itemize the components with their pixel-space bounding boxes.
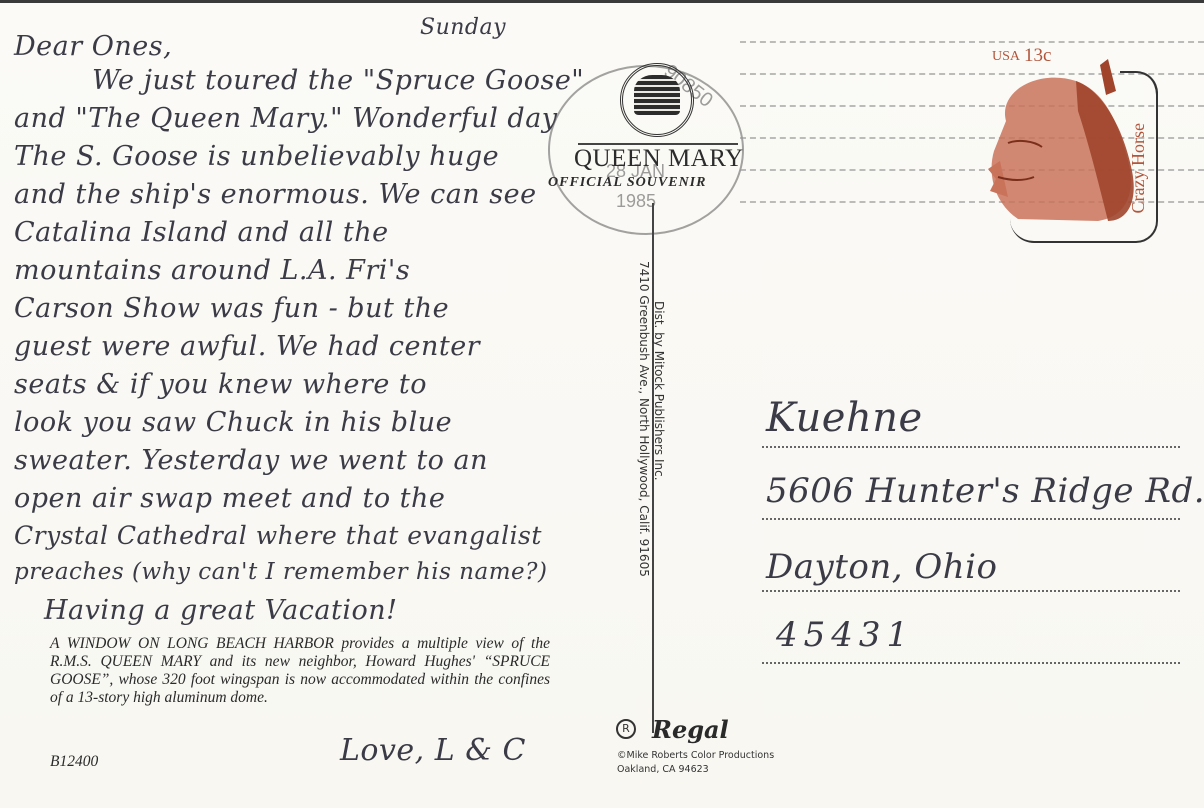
message-day: Sunday (420, 15, 506, 40)
message-line: open air swap meet and to the (14, 483, 445, 514)
stamp-country: USA (992, 49, 1020, 65)
message-signoff: Love, L & C (340, 733, 526, 768)
publisher-location: Oakland, CA 94623 (617, 763, 774, 777)
logo-subtitle: OFFICIAL SOUVENIR (548, 175, 706, 191)
message-line: seats & if you knew where to (14, 369, 427, 400)
caption-text: A WINDOW ON LONG BEACH HARBOR provides a… (50, 635, 550, 707)
address-line-rule (762, 446, 1180, 448)
message-line: look you saw Chuck in his blue (14, 407, 452, 438)
address-line-rule (762, 662, 1180, 664)
message-line: Crystal Cathedral where that evangalist (14, 521, 542, 550)
address-zip: 45431 (776, 615, 914, 655)
address-name: Kuehne (766, 395, 923, 441)
stamp-value: 13c (1024, 45, 1051, 67)
message-line: guest were awful. We had center (14, 331, 480, 362)
publisher-copyright: ©Mike Roberts Color Productions (617, 749, 774, 763)
message-line: sweater. Yesterday we went to an (14, 445, 488, 476)
logo-title: QUEEN MARY (574, 145, 744, 173)
message-line: We just toured the "Spruce Goose" (92, 65, 584, 96)
message-line: and the ship's enormous. We can see (14, 179, 537, 210)
globe-r-icon: R (616, 719, 636, 739)
address-street: 5606 Hunter's Ridge Rd. (766, 471, 1204, 511)
distributor-info: Dist. by Mitock Publishers Inc. 7410 Gre… (636, 261, 666, 577)
publisher-credit: ©Mike Roberts Color Productions Oakland,… (617, 749, 774, 777)
product-code: B12400 (50, 753, 98, 771)
address-line-rule (762, 518, 1180, 520)
message-line: mountains around L.A. Fri's (14, 255, 410, 286)
postcard-back: Sunday Dear Ones, We just toured the "Sp… (0, 0, 1204, 808)
message-line: Carson Show was fun - but the (14, 293, 449, 324)
message-greeting: Dear Ones, (14, 31, 172, 62)
message-line: preaches (why can't I remember his name?… (14, 559, 547, 585)
address-city-state: Dayton, Ohio (766, 547, 998, 587)
message-closing-line: Having a great Vacation! (44, 595, 397, 626)
address-line-rule (762, 590, 1180, 592)
stamp-subject: Crazy Horse (1128, 123, 1149, 213)
postmark-year: 1985 (616, 191, 656, 212)
publisher-brand: Regal (652, 715, 729, 744)
distributor-line-2: 7410 Greenbush Ave., North Hollywood, Ca… (636, 261, 651, 577)
distributor-line-1: Dist. by Mitock Publishers Inc. (651, 261, 666, 577)
stamp-portrait-icon (978, 51, 1146, 223)
message-line: Catalina Island and all the (14, 217, 389, 248)
crown-icon (634, 75, 680, 115)
message-line: and "The Queen Mary." Wonderful day (14, 103, 558, 134)
message-line: The S. Goose is unbelievably huge (14, 141, 499, 172)
